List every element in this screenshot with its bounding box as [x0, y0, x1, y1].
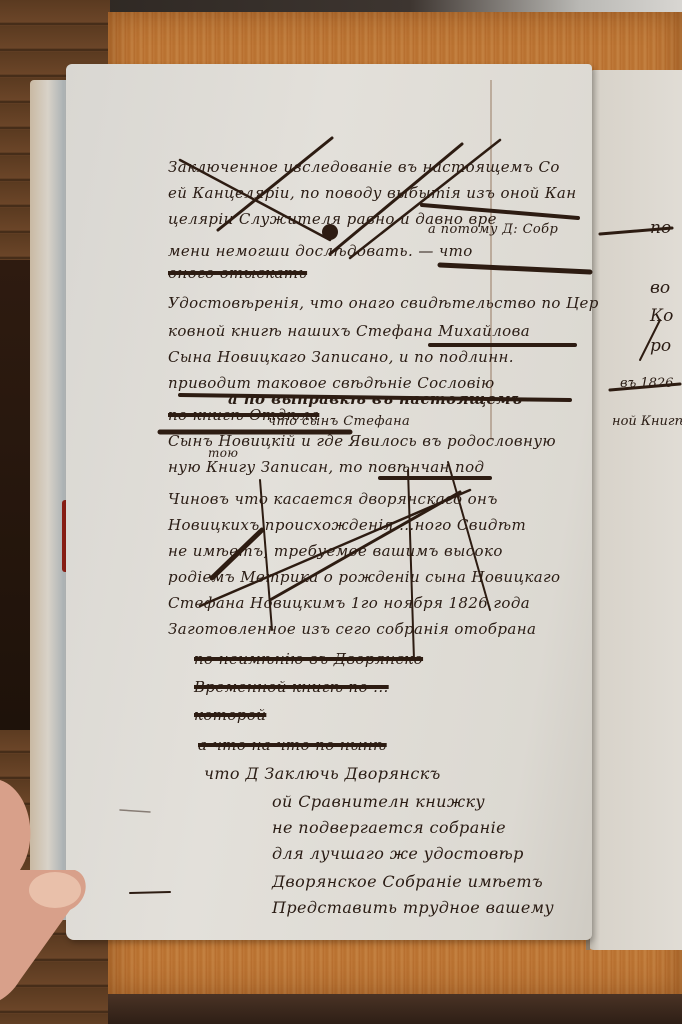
right-page-text: Ко — [650, 306, 673, 326]
text-line: Заготовленное изъ сего собранія отобрана — [168, 620, 536, 638]
text-insert: а потому Д: Собр — [428, 222, 558, 237]
text-line: не имѣетъ, требуемое вашимъ высоко — [168, 542, 503, 560]
hand-thumb — [0, 780, 90, 1010]
text-line: Сына Новицкаго Записано, и по подлинн. — [168, 348, 514, 366]
text-line: Новицкихъ происхожденія ...ного Свидѣт — [168, 516, 526, 534]
struck-text: по неимѣнію въ Дворянско — [194, 650, 423, 668]
struck-text: а что на что по нынѣ — [198, 736, 387, 754]
text-line: Заключенное изследованіе въ настоящемъ С… — [168, 158, 560, 176]
text-line: Чиновъ что касается дворянскаго онъ — [168, 490, 498, 508]
right-page-text: ной Книгѣ — [612, 414, 682, 429]
text-line: мени немогши дослѣдовать. — что — [168, 242, 473, 260]
text-line: ную Книгу Записан, то повѣнчан под — [168, 458, 484, 476]
struck-text: Временной книгѣ по ... — [194, 678, 389, 696]
text-line: Дворянское Собраніе имѣетъ — [272, 872, 543, 891]
text-line: ковной книгѣ нашихъ Стефана Михайлова — [168, 322, 530, 340]
text-line: для лучшаго же удостовѣр — [272, 844, 524, 863]
text-insert: что сынъ Стефана — [268, 414, 410, 429]
text-line: Стефана Новицкимъ 1го ноября 1826 года — [168, 594, 530, 612]
text-line: ей Канцеляріи, по поводу выбытія изъ оно… — [168, 184, 577, 202]
struck-text: оного отыскать — [168, 264, 307, 282]
right-page-text: во — [650, 278, 670, 298]
text-line: что Д Заключь Дворянскъ — [204, 764, 441, 783]
text-line: родіемъ Метрика о рожденіи сына Новицкаг… — [168, 568, 560, 586]
text-line: ой Сравнителн книжку — [272, 792, 485, 811]
right-page — [588, 70, 682, 950]
right-page-text: по — [650, 218, 671, 238]
right-page-text: ро — [650, 336, 671, 356]
right-page-text: въ 1826 — [620, 376, 673, 391]
text-line: Представить трудное вашему — [272, 898, 554, 917]
text-line: не подвергается собраніе — [272, 818, 506, 837]
text-line: Удостовѣренія, что онаго свидѣтельство п… — [168, 294, 599, 312]
table-edge — [108, 994, 682, 1024]
struck-text: которой — [194, 706, 266, 724]
